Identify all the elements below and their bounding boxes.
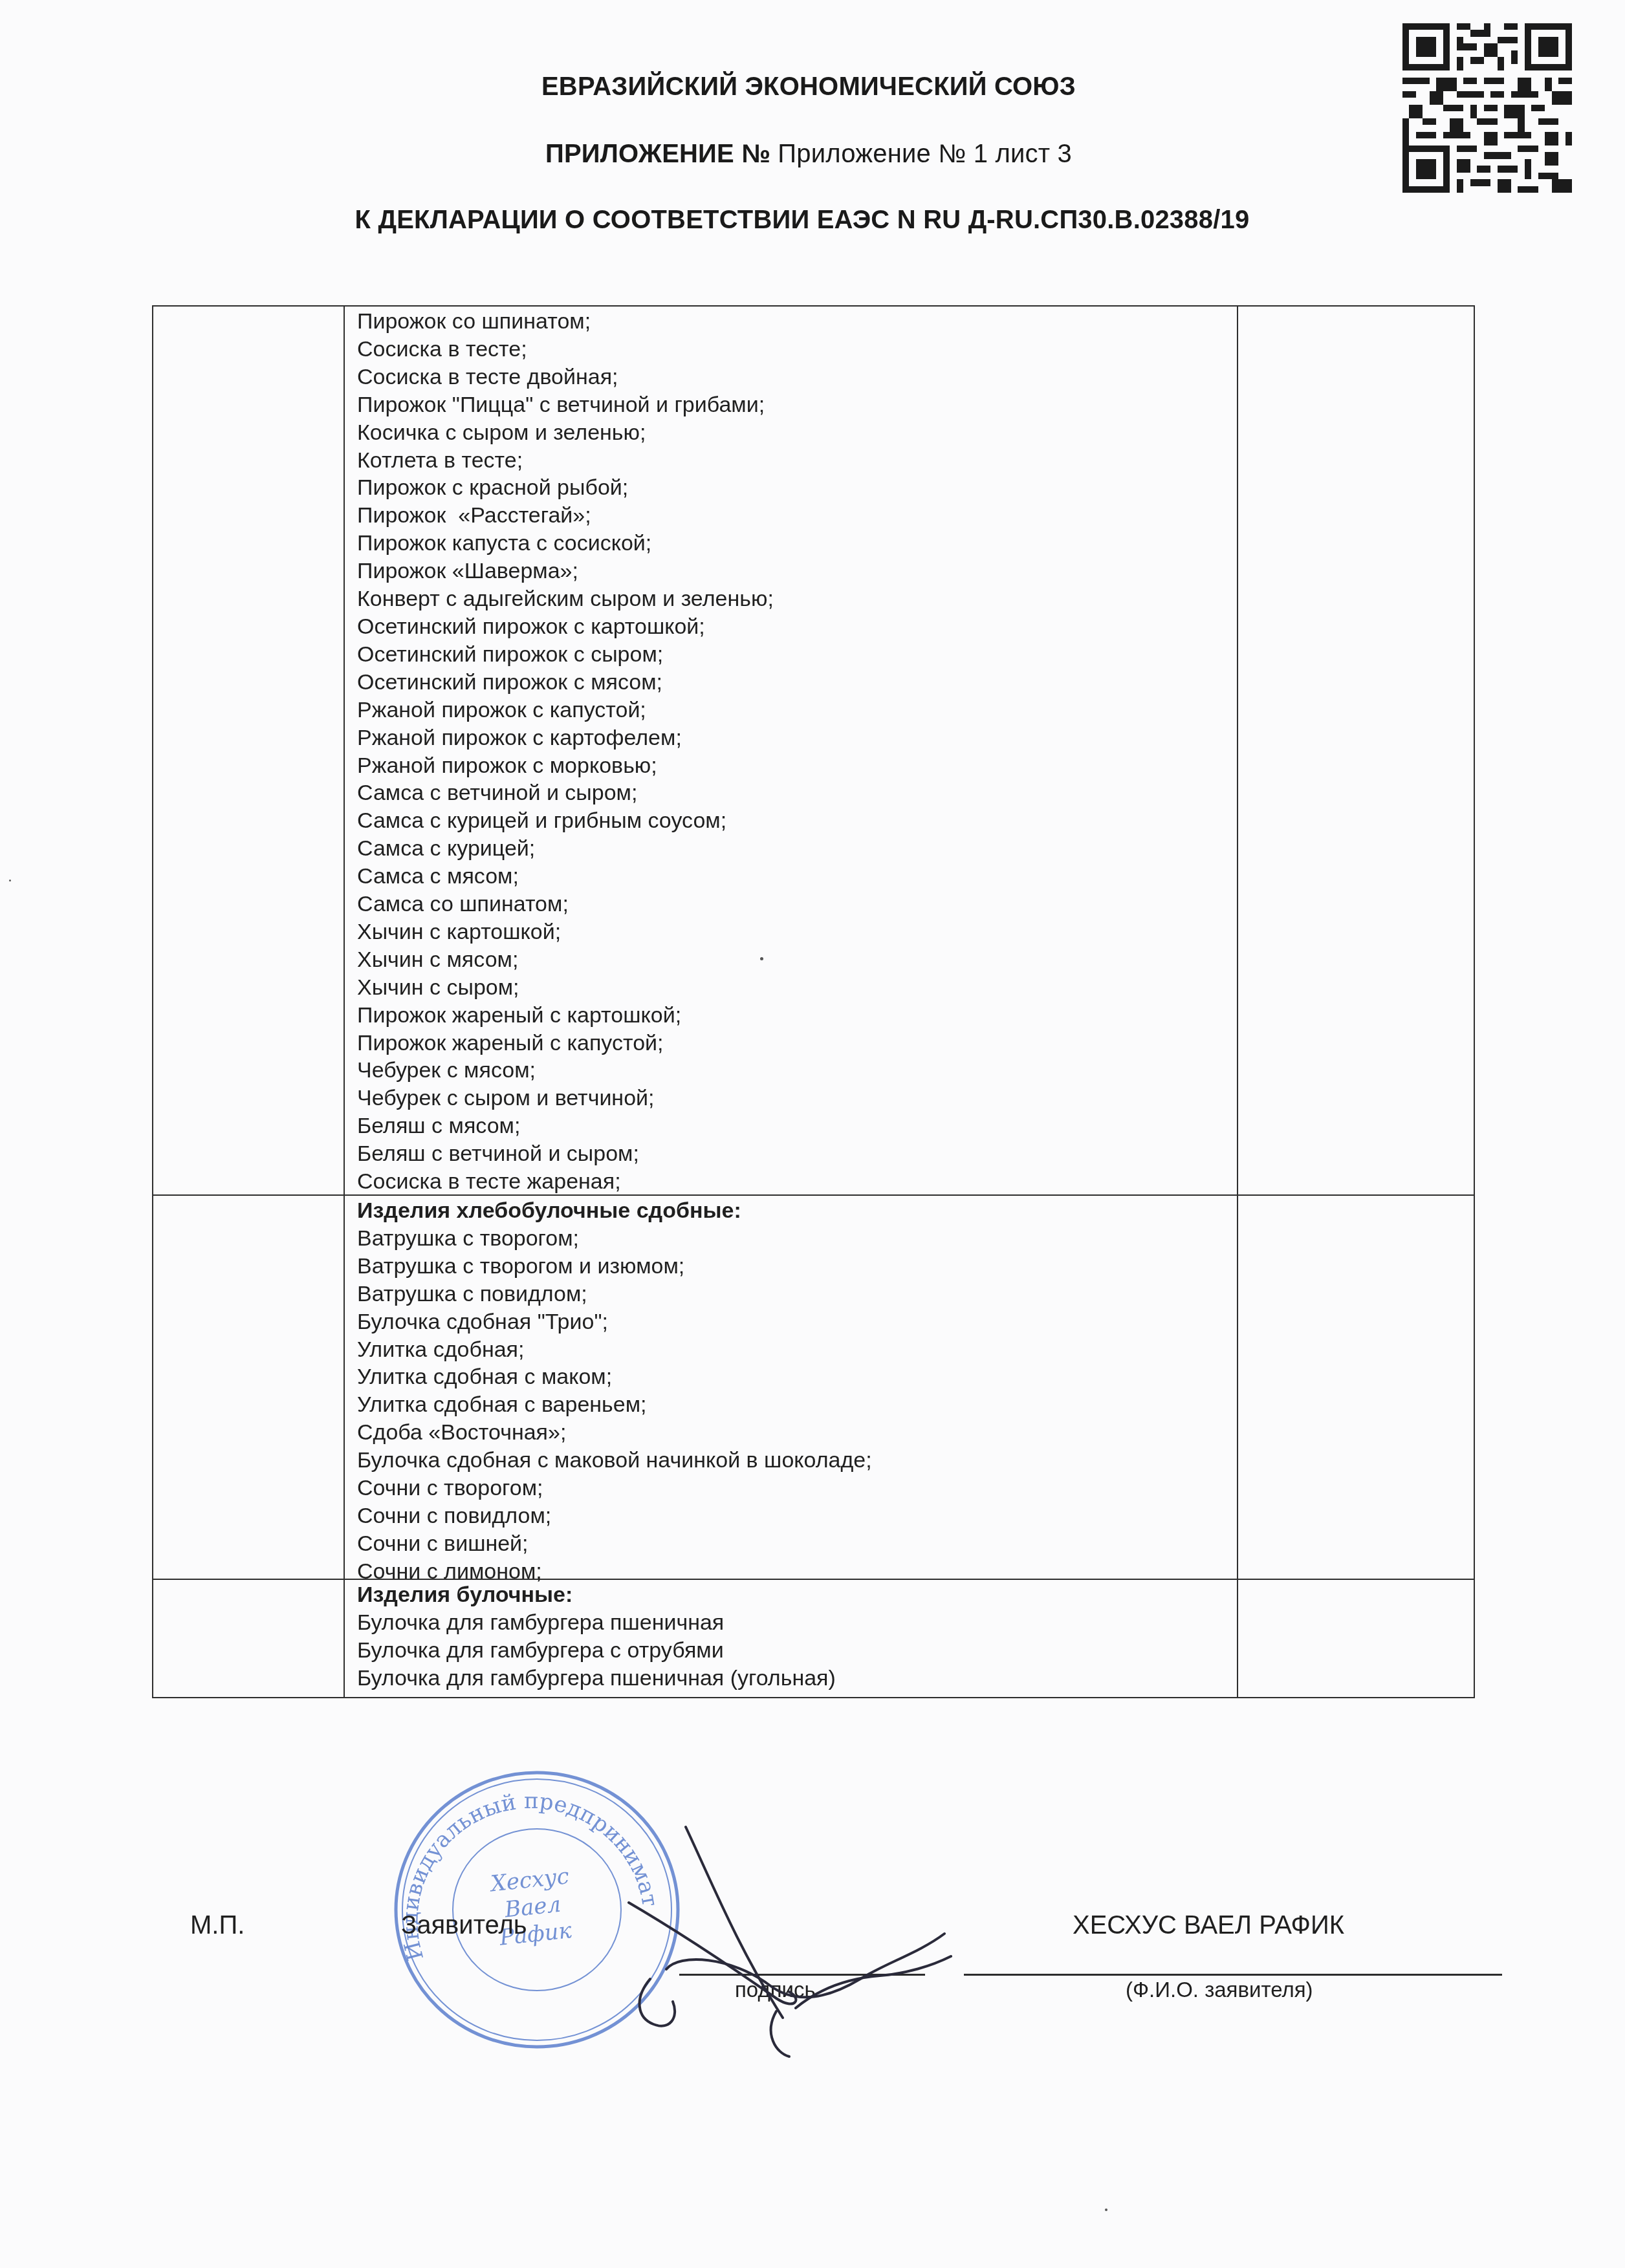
list-item: Булочка сдобная "Трио"; [357, 1308, 1237, 1336]
table-row: Пирожок со шпинатом; Сосиска в тесте; Со… [153, 307, 1474, 1196]
annex-title-bold: ПРИЛОЖЕНИЕ № [545, 140, 778, 168]
list-item: Ржаной пирожок с картофелем; [357, 724, 1237, 752]
standard-cell [1238, 1196, 1474, 1579]
list-item: Пирожок капуста с сосиской; [357, 530, 1237, 557]
list-item: Сочни с вишней; [357, 1530, 1237, 1558]
list-item: Улитка сдобная; [357, 1336, 1237, 1364]
list-item: Косичка с сыром и зеленью; [357, 419, 1237, 447]
name-line [964, 1974, 1502, 1976]
standard-cell [1238, 307, 1474, 1194]
list-item: Улитка сдобная с вареньем; [357, 1391, 1237, 1419]
list-item: Хычин с мясом; [357, 946, 1237, 974]
scan-artifact [760, 957, 763, 960]
applicant-label: Заявитель [401, 1911, 527, 1940]
code-cell [153, 1196, 345, 1579]
code-cell [153, 1580, 345, 1697]
union-title: ЕВРАЗИЙСКИЙ ЭКОНОМИЧЕСКИЙ СОЮЗ [0, 72, 1621, 102]
list-item: Пирожок жареный с картошкой; [357, 1002, 1237, 1030]
product-list-table: Пирожок со шпинатом; Сосиска в тесте; Со… [152, 305, 1475, 1698]
list-item: Сдоба «Восточная»; [357, 1419, 1237, 1447]
list-item: Улитка сдобная с маком; [357, 1363, 1237, 1391]
list-item: Чебурек с мясом; [357, 1057, 1237, 1085]
list-item: Пирожок со шпинатом; [357, 308, 1237, 336]
applicant-name: ХЕСХУС ВАЕЛ РАФИК [1073, 1911, 1344, 1940]
list-item: Булочка сдобная с маковой начинкой в шок… [357, 1447, 1237, 1474]
list-item: Котлета в тесте; [357, 447, 1237, 475]
list-item: Самса с ветчиной и сыром; [357, 779, 1237, 807]
qr-code-icon [1402, 23, 1572, 193]
list-item: Пирожок «Расстегай»; [357, 502, 1237, 530]
list-item: Беляш с мясом; [357, 1112, 1237, 1140]
scan-artifact [9, 880, 11, 881]
table-row: Изделия хлебобулочные сдобные: Ватрушка … [153, 1196, 1474, 1580]
list-item: Конверт с адыгейским сыром и зеленью; [357, 585, 1237, 613]
list-item: Ватрушка с творогом и изюмом; [357, 1253, 1237, 1280]
list-item: Сосиска в тесте; [357, 336, 1237, 363]
list-item: Сосиска в тесте жареная; [357, 1168, 1237, 1196]
products-cell: Изделия булочные: Булочка для гамбургера… [345, 1580, 1238, 1697]
code-cell [153, 307, 345, 1194]
list-item: Самса с мясом; [357, 863, 1237, 891]
list-item: Булочка для гамбургера пшеничная (угольн… [357, 1665, 1237, 1692]
list-item: Осетинский пирожок с мясом; [357, 669, 1237, 697]
list-item: Чебурек с сыром и ветчиной; [357, 1085, 1237, 1112]
list-item: Пирожок с красной рыбой; [357, 474, 1237, 502]
declaration-number-title: К ДЕКЛАРАЦИИ О СООТВЕТСТВИИ ЕАЭС N RU Д-… [0, 206, 1615, 235]
list-item: Ватрушка с повидлом; [357, 1280, 1237, 1308]
list-item: Булочка для гамбургера пшеничная [357, 1609, 1237, 1637]
list-item: Пирожок жареный с капустой; [357, 1030, 1237, 1057]
annex-title: ПРИЛОЖЕНИЕ № Приложение № 1 лист 3 [0, 140, 1621, 169]
products-cell: Пирожок со шпинатом; Сосиска в тесте; Со… [345, 307, 1238, 1194]
annex-title-detail: Приложение № 1 лист 3 [778, 140, 1072, 168]
list-item: Осетинский пирожок с сыром; [357, 641, 1237, 669]
list-item: Ржаной пирожок с капустой; [357, 697, 1237, 724]
list-item: Осетинский пирожок с картошкой; [357, 613, 1237, 641]
list-item: Ватрушка с творогом; [357, 1225, 1237, 1253]
list-item: Сосиска в тесте двойная; [357, 363, 1237, 391]
list-item: Булочка для гамбургера с отрубями [357, 1637, 1237, 1665]
list-item: Сочни с повидлом; [357, 1502, 1237, 1530]
list-item: Сочни с творогом; [357, 1474, 1237, 1502]
list-item: Беляш с ветчиной и сыром; [357, 1140, 1237, 1168]
list-item: Самса с курицей; [357, 835, 1237, 863]
list-item: Самса с курицей и грибным соусом; [357, 807, 1237, 835]
list-item: Пирожок "Пицца" с ветчиной и грибами; [357, 391, 1237, 419]
list-item: Хычин с сыром; [357, 974, 1237, 1002]
list-item: Ржаной пирожок с морковью; [357, 752, 1237, 780]
list-item: Хычин с картошкой; [357, 918, 1237, 946]
seal-placeholder-label: М.П. [190, 1911, 245, 1940]
section-heading: Изделия булочные: [357, 1581, 1237, 1609]
scan-artifact [1105, 2209, 1107, 2211]
table-row: Изделия булочные: Булочка для гамбургера… [153, 1580, 1474, 1697]
products-cell: Изделия хлебобулочные сдобные: Ватрушка … [345, 1196, 1238, 1579]
list-item: Самса со шпинатом; [357, 891, 1237, 918]
standard-cell [1238, 1580, 1474, 1697]
name-caption: (Ф.И.О. заявителя) [1126, 1978, 1313, 2002]
handwritten-signature-icon [582, 1804, 1035, 2063]
list-item: Пирожок «Шаверма»; [357, 557, 1237, 585]
section-heading: Изделия хлебобулочные сдобные: [357, 1197, 1237, 1225]
